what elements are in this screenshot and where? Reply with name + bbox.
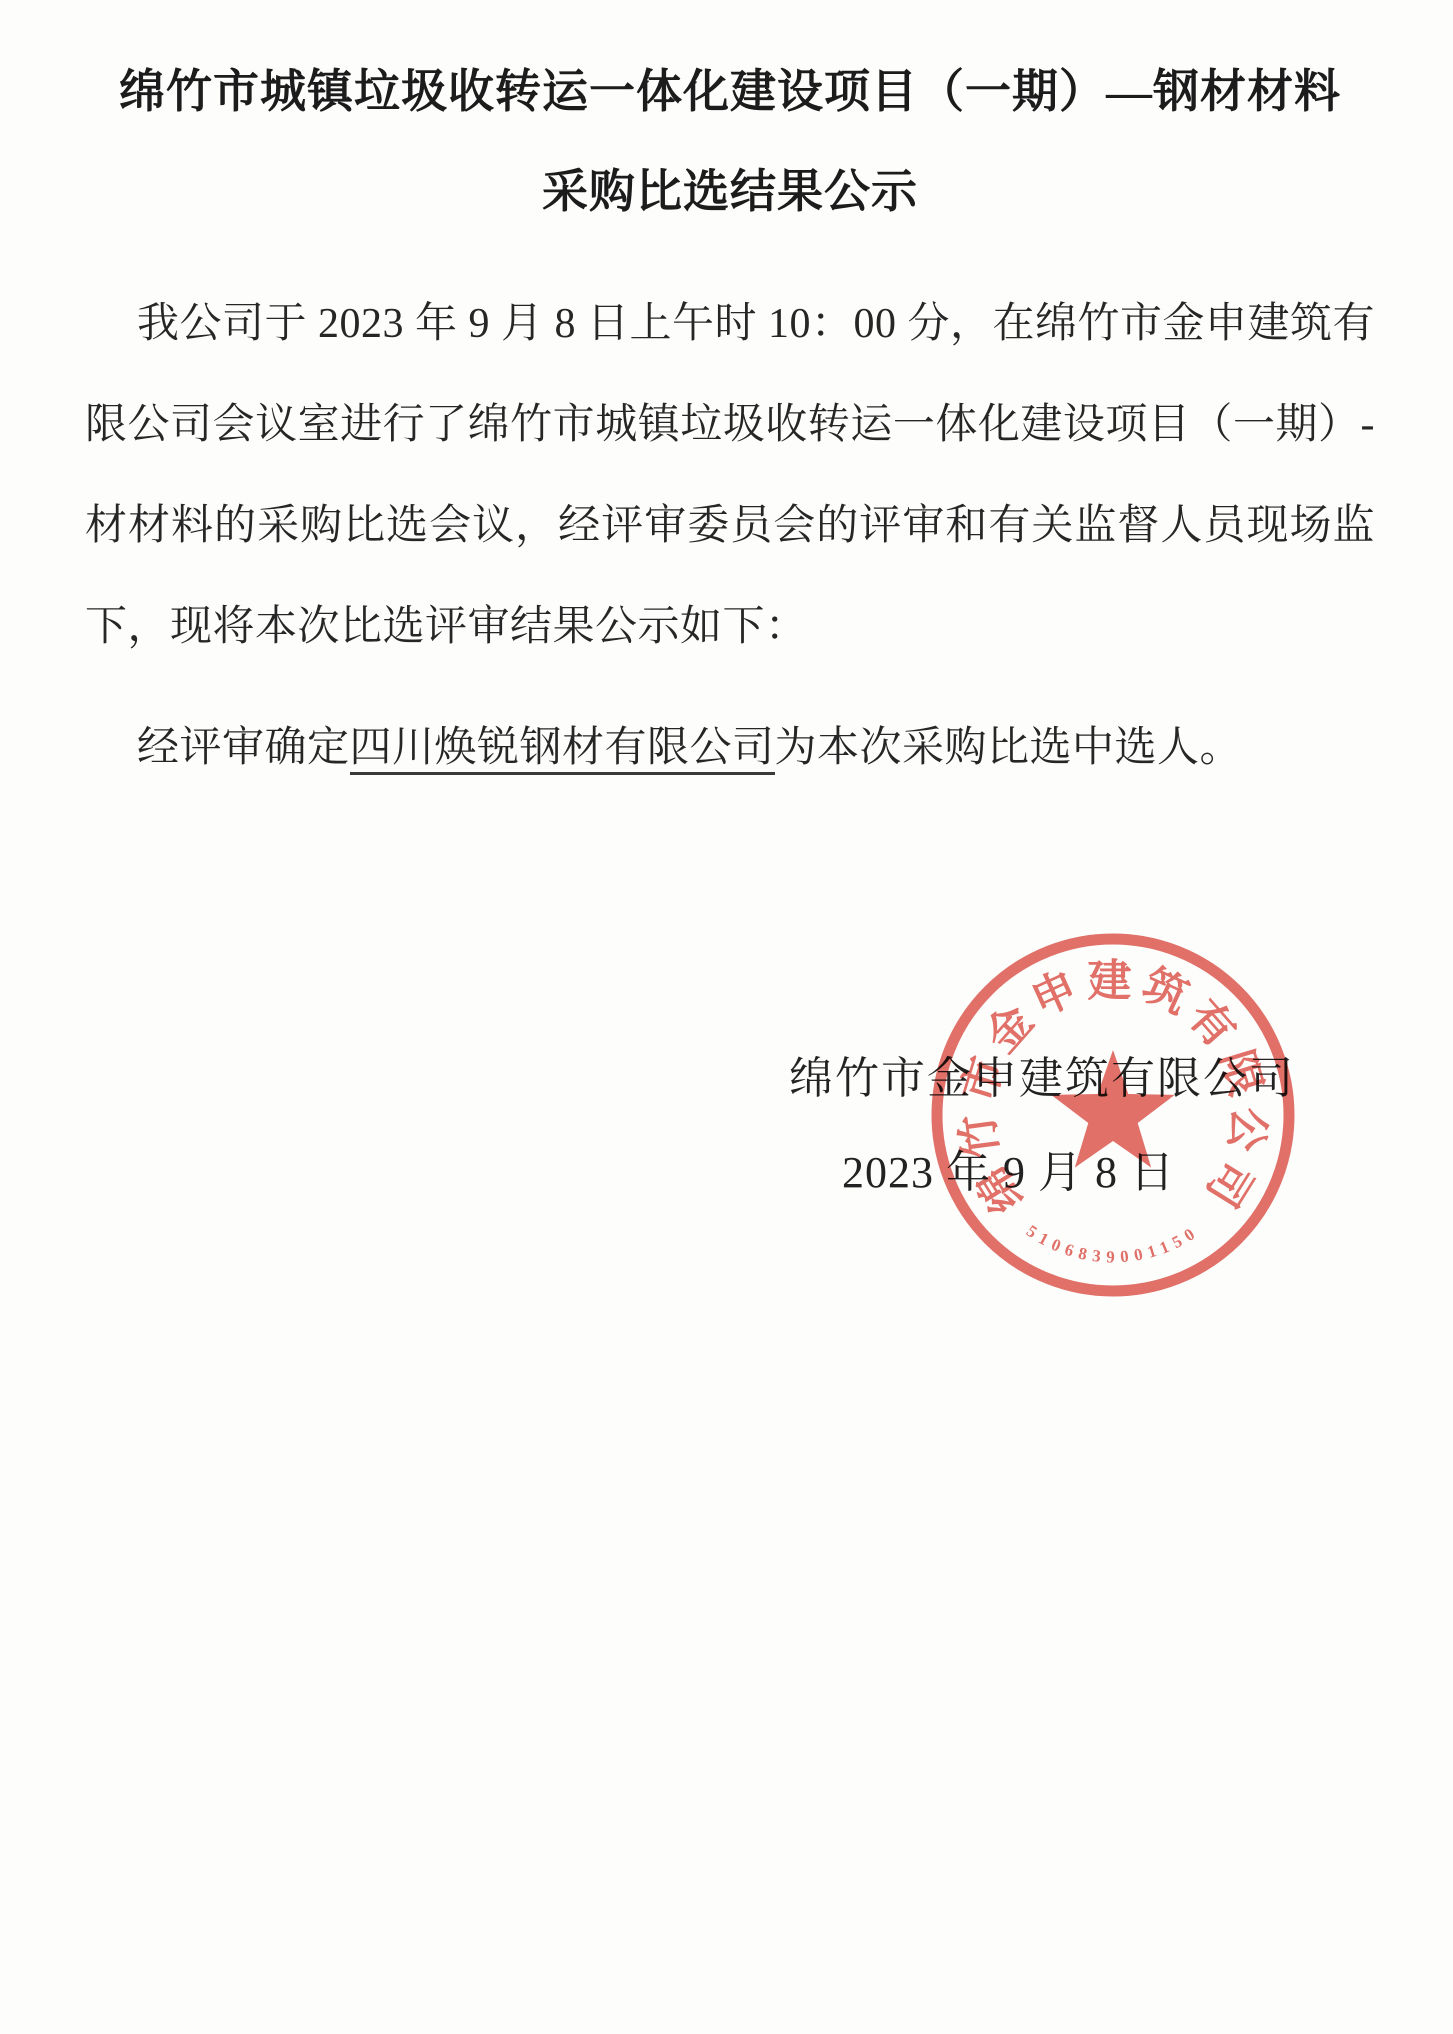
document-title-line2: 采购比选结果公示: [85, 142, 1375, 242]
company-seal: 绵竹市金申建筑有限公司 5106839001150: [913, 915, 1313, 1315]
paragraph2-post-text: 为本次采购比选中选人。: [775, 725, 1243, 771]
body-paragraph-2: 经评审确定四川焕锐钢材有限公司为本次采购比选中选人。: [85, 698, 1375, 799]
document-title-line1: 绵竹市城镇垃圾收转运一体化建设项目（一期）—钢材材料: [85, 42, 1375, 142]
svg-text:5106839001150: 5106839001150: [1023, 1221, 1203, 1266]
announcement-document: 绵竹市城镇垃圾收转运一体化建设项目（一期）—钢材材料 采购比选结果公示 我公司于…: [0, 0, 1453, 2034]
signature-company-name: 绵竹市金申建筑有限公司: [789, 1042, 1295, 1106]
paragraph2-pre-text: 经评审确定: [137, 725, 350, 771]
body-line-3: 材材料的采购比选会议，经评审委员会的评审和有关监督人员现场监督: [85, 476, 1375, 577]
document-body: 我公司于 2023 年 9 月 8 日上午时 10：00 分，在绵竹市金申建筑有…: [85, 274, 1375, 799]
body-line-4: 下，现将本次比选评审结果公示如下：: [85, 577, 1375, 678]
winning-company-underlined: 四川焕锐钢材有限公司: [350, 725, 775, 775]
seal-outer-ring: [937, 939, 1289, 1291]
body-line-1: 我公司于 2023 年 9 月 8 日上午时 10：00 分，在绵竹市金申建筑有: [85, 274, 1375, 375]
signature-date: 2023 年 9 月 8 日: [842, 1136, 1175, 1200]
seal-number: 5106839001150: [1023, 1221, 1203, 1266]
body-line-2: 限公司会议室进行了绵竹市城镇垃圾收转运一体化建设项目（一期）-钢: [85, 375, 1375, 476]
